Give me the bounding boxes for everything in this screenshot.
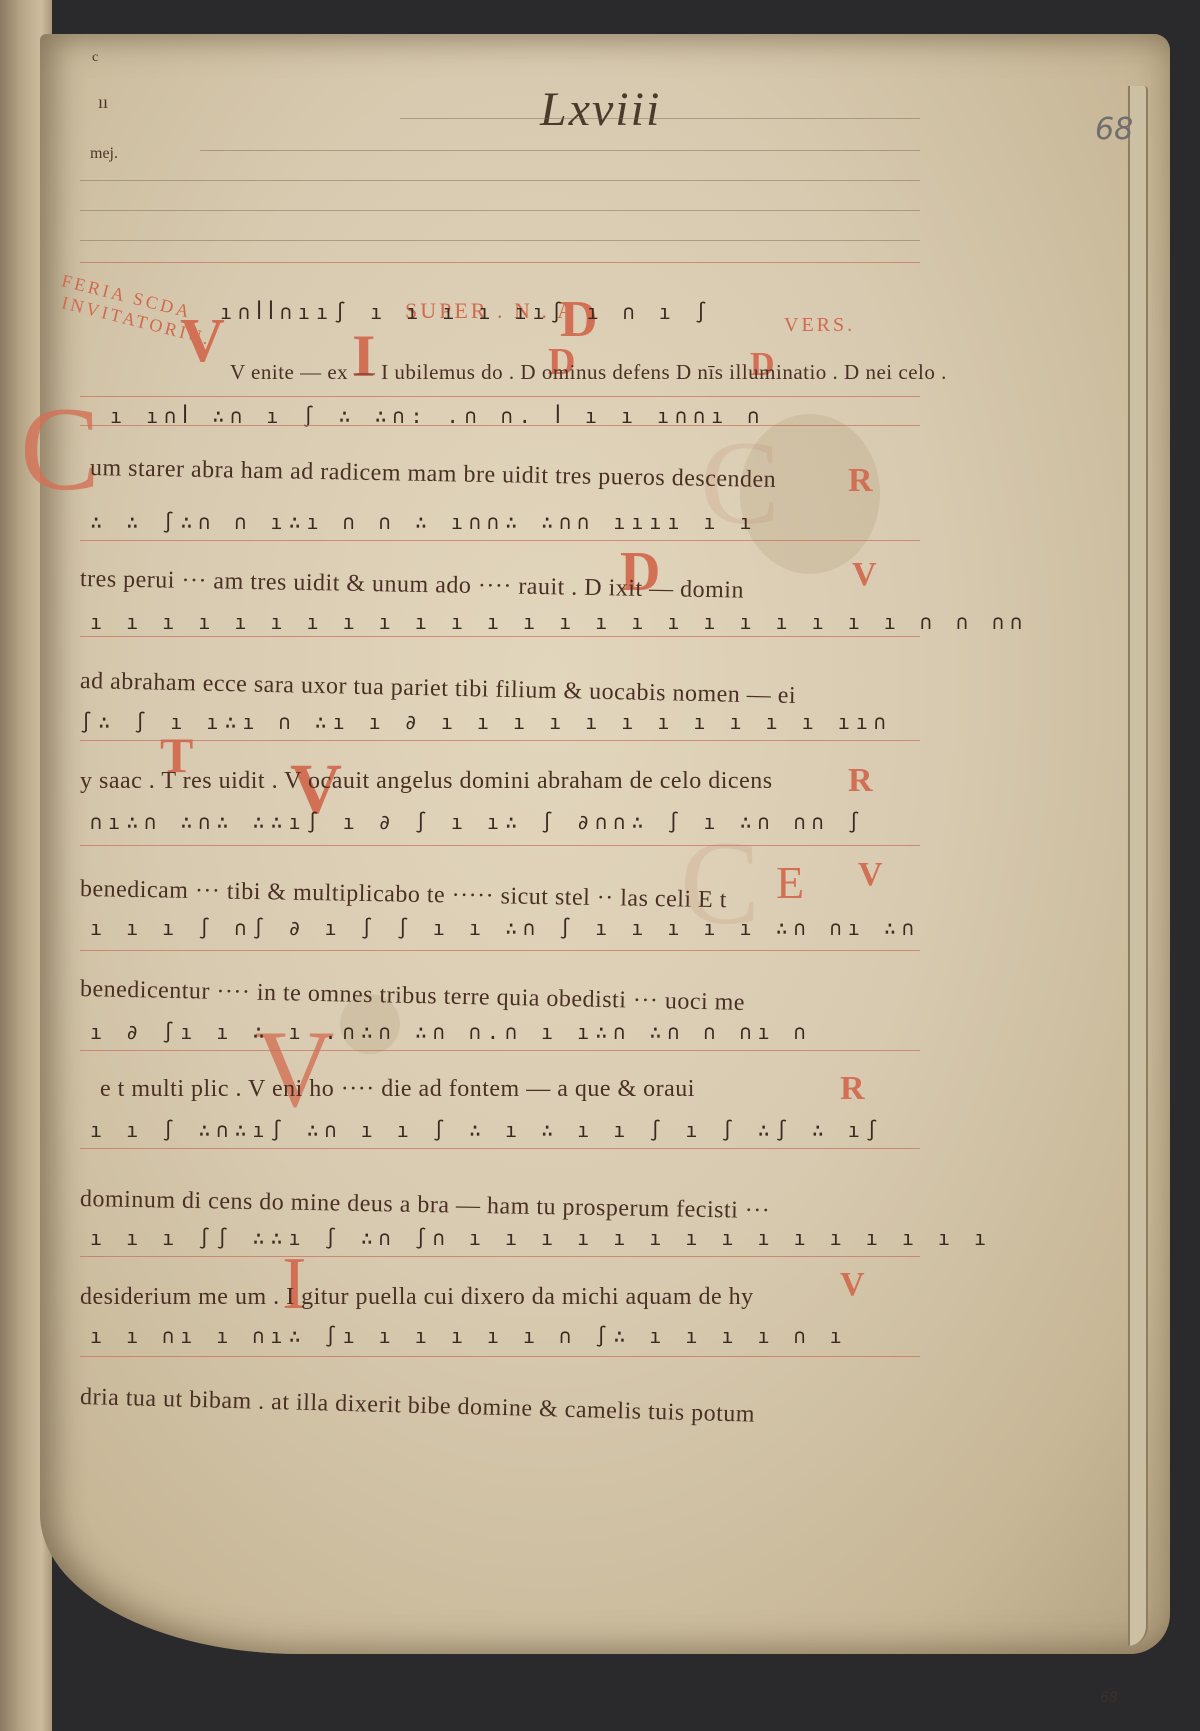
initial-c-cum: C (20, 380, 100, 518)
neume-line: ∫∴ ∫ ı ı∴ı ∩ ∴ı ı ∂ ı ı ı ı ı ı ı ı ı ı … (80, 710, 880, 734)
ruling-line-red (80, 1256, 920, 1257)
ruling-line (80, 240, 920, 241)
ruling-line-red (80, 950, 920, 951)
neume-line: ∩ı∴∩ ∴∩∴ ∴∴ı∫ ı ∂ ∫ ı ı∴ ∫ ∂∩∩∴ ∫ ı ∴∩ ∩… (90, 810, 890, 834)
previous-text-fragment: ıı (98, 92, 108, 113)
ruling-line-red (80, 636, 920, 637)
margin-mark-verse: V (858, 856, 883, 894)
neume-line: ı ı ı ı ı ı ı ı ı ı ı ı ı ı ı ı ı ı ı ı … (90, 610, 890, 634)
chant-text-line: desiderium me um . I gitur puella cui di… (80, 1284, 880, 1311)
neume-line: ı ı ∫ ∴∩∴ı∫ ∴∩ ı ı ∫ ∴ ı ∴ ı ı ∫ ı ∫ ∴∫ … (90, 1118, 890, 1142)
ruling-line-red (80, 540, 920, 541)
ruling-line-red (80, 845, 920, 846)
ruling-line (80, 210, 920, 211)
neume-line: ı ı ı ∫∫ ∴∴ı ∫ ∴∩ ∫∩ ı ı ı ı ı ı ı ı ı ı… (90, 1226, 890, 1250)
ruling-line (200, 150, 920, 151)
ruling-line (400, 118, 920, 119)
chant-text-line: y saac . T res uidit . V ocauit angelus … (80, 768, 880, 795)
neume-line: ı ı ı ∫ ∩∫ ∂ ı ∫ ∫ ı ı ∴∩ ∫ ı ı ı ı ı ∴∩… (90, 916, 890, 940)
chant-text-line: V enite — ex — I ubilemus do . D ominus … (230, 360, 1030, 385)
initial-v-venite: V (180, 306, 225, 377)
neume-line: ı∩ꟾꟾ∩ıı∫ ı ı ı ı ıı∫ ı ∩ ı ∫ (220, 300, 1020, 324)
ruling-line (80, 180, 920, 181)
previous-text-fragment: c (92, 50, 98, 66)
neume-line: ı ∂ ∫ı ı ∴ ı .∩∴∩ ∴∩ ∩.∩ ı ı∴∩ ∴∩ ∩ ∩ı ∩ (90, 1020, 890, 1044)
ruling-line-red (80, 1050, 920, 1051)
previous-text-fragment: mej. (90, 145, 118, 163)
foliation-number: 68 (1095, 112, 1133, 147)
ruling-line-red (80, 262, 920, 263)
ruling-line-red (80, 1356, 920, 1357)
ruling-line-red (80, 1148, 920, 1149)
neume-line: ı ı ∩ı ı ∩ı∴ ∫ı ı ı ı ı ı ∩ ∫∴ ı ı ı ı ∩… (90, 1324, 890, 1348)
neume-line: ∴ ∴ ∫∴∩ ∩ ı∴ı ∩ ∩ ∴ ı∩∩∴ ∴∩∩ ıııı ı ı (90, 510, 890, 534)
page-edge (1128, 86, 1148, 1646)
folio-numeral: Lxviii (540, 82, 661, 137)
ruling-line-red (80, 396, 920, 397)
ruling-line-red (80, 740, 920, 741)
chant-text-line: e t multi plic . V eni ho ···· die ad fo… (100, 1076, 900, 1103)
ruling-line-red (80, 425, 920, 426)
bottom-foliation: 68 (1100, 1690, 1118, 1706)
